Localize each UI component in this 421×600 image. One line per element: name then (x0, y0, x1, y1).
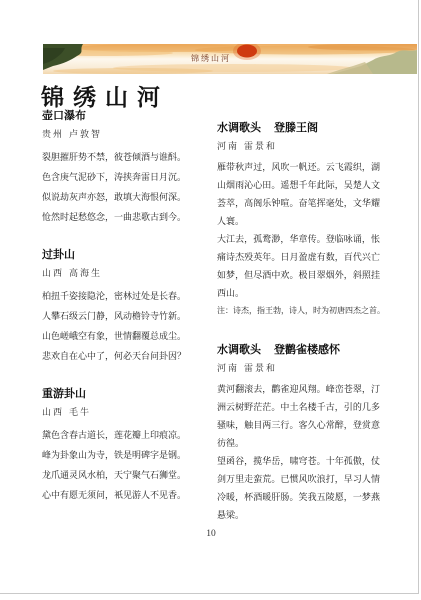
poem-line: 怆然时起愁悠念，一曲悲歌古到今。 (42, 207, 194, 227)
author-name: 雷景和 (244, 363, 277, 373)
ci-block-tengwangge: 水调歌头登滕王阁 河南雷景和 雁带秋声过，风吹一帆还。云飞霞织，湖山烟雨沁心田。… (217, 122, 380, 316)
page-edge-bottom (0, 593, 419, 594)
poem-title: 过卦山 (42, 249, 194, 262)
poem-paragraph: 黄河翻滚去，鹳雀迎风翔。峰峦苍翠，汀洲云树野茫茫。中土名楼千古，引的几多骚味，触… (217, 380, 380, 452)
poem-paragraph: 雁带秋声过，风吹一帆还。云飞霞织，湖山烟雨沁心田。遥想千年此际，吴楚人文荟萃，高… (217, 158, 380, 230)
author-place: 河南 (217, 141, 239, 151)
poem-line: 人攀石级云门静，风动檐铃寺竹新。 (42, 306, 194, 326)
poem-line: 似说劫灰声亦怒，敢填大海恨何深。 (42, 187, 194, 207)
page-edge-right (418, 0, 419, 594)
poem-line: 黛色含春古道长，莲花瓣上印痕凉。 (42, 425, 194, 445)
poem-paragraph: 大江去，孤鹜渺，华章传。登临咏诵，怅痛诗杰殁英年。日月盈虚有数，百代兴亡如梦，但… (217, 230, 380, 302)
author-name: 卢敦智 (69, 129, 102, 139)
poem-title: 壶口瀑布 (42, 110, 194, 123)
poem-block-chongyou-guashan: 重游卦山 山西毛牛 黛色含春古道长，莲花瓣上印痕凉。 峰为卦象山为寺，铁是明碑字… (42, 388, 194, 505)
poem-line: 龙爪通灵风水柏，天宁聚气石狮堂。 (42, 465, 194, 485)
poem-author: 山西毛牛 (42, 407, 194, 418)
author-place: 山西 (42, 268, 64, 278)
poem-title: 水调歌头登鹳雀楼感怀 (217, 344, 380, 357)
column-right: 水调歌头登滕王阁 河南雷景和 雁带秋声过，风吹一帆还。云飞霞织，湖山烟雨沁心田。… (217, 122, 380, 524)
document-page: 锦绣山河 锦绣山河 壶口瀑布 贵州卢敦智 裂胆摧肝势不禁，彼苍倾酒与谁酙。 色含… (0, 0, 421, 600)
column-left: 壶口瀑布 贵州卢敦智 裂胆摧肝势不禁，彼苍倾酒与谁酙。 色含庚气泥砂下，涛挟奔雷… (42, 110, 194, 505)
poem-line: 心中有愿无须问，衹见游人不见香。 (42, 485, 194, 505)
poem-line: 悲欢自在心中了，何必天台问卦因？ (42, 346, 194, 366)
poem-block-guashan: 过卦山 山西高海生 柏扭千姿接隐沦，密林过处是长春。 人攀石级云门静，风动檐铃寺… (42, 249, 194, 366)
cloud-streak (53, 68, 213, 74)
poem-title: 重游卦山 (42, 388, 194, 401)
poem-line: 柏扭千姿接隐沦，密林过处是长春。 (42, 286, 194, 306)
author-place: 贵州 (42, 129, 64, 139)
poem-line: 峰为卦象山为寺，铁是明碑字是钢。 (42, 445, 194, 465)
title-subject: 登鹳雀楼感怀 (274, 344, 340, 356)
poem-title: 水调歌头登滕王阁 (217, 122, 380, 135)
author-name: 高海生 (69, 268, 102, 278)
title-tune: 水调歌头 (217, 344, 261, 356)
title-tune: 水调歌头 (217, 122, 261, 134)
author-place: 河南 (217, 363, 239, 373)
poem-line: 山色嵯峨空有象，世情翻覆总成尘。 (42, 326, 194, 346)
page-number: 10 (42, 529, 380, 539)
poem-author: 河南雷景和 (217, 363, 380, 374)
sun-icon (237, 45, 257, 58)
poem-author: 河南雷景和 (217, 141, 380, 152)
poem-line: 裂胆摧肝势不禁，彼苍倾酒与谁酙。 (42, 147, 194, 167)
title-subject: 登滕王阁 (274, 122, 318, 134)
poem-line: 色含庚气泥砂下，涛挟奔雷日月沉。 (42, 167, 194, 187)
poem-author: 贵州卢敦智 (42, 129, 194, 140)
ci-block-guanquelou: 水调歌头登鹳雀楼感怀 河南雷景和 黄河翻滚去，鹳雀迎风翔。峰峦苍翠，汀洲云树野茫… (217, 344, 380, 524)
header-banner: 锦绣山河 (43, 44, 417, 74)
poem-author: 山西高海生 (42, 268, 194, 279)
poem-note: 注：诗杰，指王勃，诗人，时为初唐四杰之首。 (217, 305, 380, 316)
author-name: 雷景和 (244, 141, 277, 151)
author-name: 毛牛 (69, 407, 91, 417)
banner-caption: 锦绣山河 (191, 53, 231, 64)
page-heading: 锦绣山河 (41, 84, 169, 110)
poem-paragraph: 望函谷，揽华岳，啸穹苍。十年孤傲，仗剑万里走蛮荒。已惯风吹浪打，早习人情冷暖，杯… (217, 452, 380, 524)
poem-block-hukou: 壶口瀑布 贵州卢敦智 裂胆摧肝势不禁，彼苍倾酒与谁酙。 色含庚气泥砂下，涛挟奔雷… (42, 110, 194, 227)
author-place: 山西 (42, 407, 64, 417)
